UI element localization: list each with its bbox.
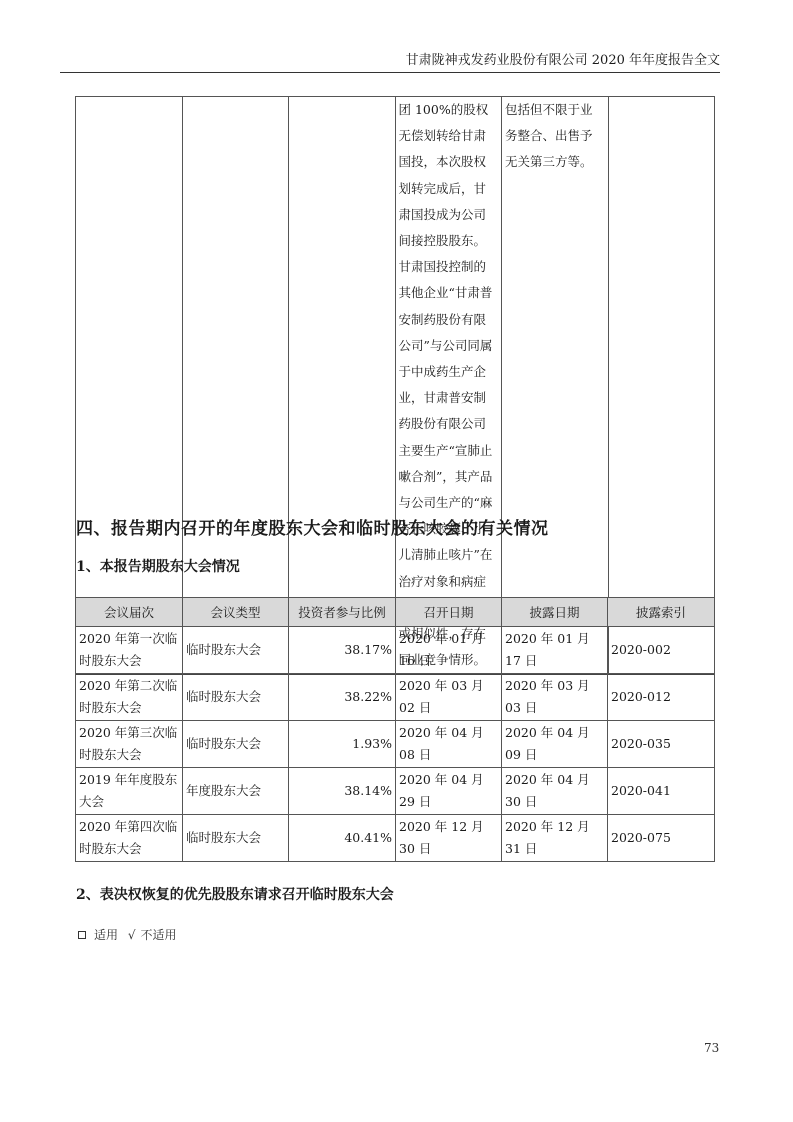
type-cell: 临时股东大会 (183, 674, 289, 721)
type-cell: 临时股东大会 (183, 815, 289, 862)
ratio-cell: 38.22% (289, 674, 396, 721)
session-cell: 2019 年年度股东大会 (76, 768, 183, 815)
type-cell: 临时股东大会 (183, 721, 289, 768)
table-cell-empty (289, 97, 396, 675)
column-header: 披露索引 (608, 598, 715, 627)
table-row: 2020 年第二次临时股东大会 临时股东大会 38.22% 2020 年 03 … (76, 674, 715, 721)
column-header: 召开日期 (396, 598, 502, 627)
type-cell: 年度股东大会 (183, 768, 289, 815)
disclosed-date-cell: 2020 年 12 月 31 日 (502, 815, 608, 862)
page-number: 73 (704, 1041, 719, 1055)
section-heading: 四、报告期内召开的年度股东大会和临时股东大会的有关情况 (76, 514, 549, 539)
table-row: 2020 年第一次临时股东大会 临时股东大会 38.17% 2020 年 01 … (76, 627, 715, 674)
table-row: 2020 年第三次临时股东大会 临时股东大会 1.93% 2020 年 04 月… (76, 721, 715, 768)
applicability-selector: 适用 √不适用 (78, 926, 177, 943)
table-cell-empty (76, 97, 183, 675)
held-date-cell: 2020 年 04 月 08 日 (396, 721, 502, 768)
disclosed-date-cell: 2020 年 04 月 09 日 (502, 721, 608, 768)
not-applicable-label: 不适用 (141, 928, 177, 942)
subsection-heading: 2、表决权恢复的优先股股东请求召开临时股东大会 (76, 884, 394, 904)
ratio-cell: 1.93% (289, 721, 396, 768)
column-header: 会议类型 (183, 598, 289, 627)
column-header: 投资者参与比例 (289, 598, 396, 627)
ratio-cell: 38.17% (289, 627, 396, 674)
held-date-cell: 2020 年 01 月 16 日 (396, 627, 502, 674)
index-cell: 2020-002 (608, 627, 715, 674)
table-cell-empty (608, 97, 715, 675)
report-title: 甘肃陇神戎发药业股份有限公司 2020 年年度报告全文 (406, 53, 720, 68)
index-cell: 2020-012 (608, 674, 715, 721)
held-date-cell: 2020 年 12 月 30 日 (396, 815, 502, 862)
table-cell-empty (182, 97, 289, 675)
index-cell: 2020-075 (608, 815, 715, 862)
resolution-measures-cell: 包括但不限于业务整合、出售予无关第三方等。 (502, 97, 609, 675)
held-date-cell: 2020 年 03 月 02 日 (396, 674, 502, 721)
subsection-heading: 1、本报告期股东大会情况 (76, 556, 240, 576)
session-cell: 2020 年第一次临时股东大会 (76, 627, 183, 674)
ratio-cell: 40.41% (289, 815, 396, 862)
check-mark-icon: √ (128, 928, 136, 942)
type-cell: 临时股东大会 (183, 627, 289, 674)
disclosed-date-cell: 2020 年 01 月 17 日 (502, 627, 608, 674)
index-cell: 2020-041 (608, 768, 715, 815)
held-date-cell: 2020 年 04 月 29 日 (396, 768, 502, 815)
disclosed-date-cell: 2020 年 03 月 03 日 (502, 674, 608, 721)
session-cell: 2020 年第四次临时股东大会 (76, 815, 183, 862)
session-cell: 2020 年第三次临时股东大会 (76, 721, 183, 768)
shareholder-meetings-table: 会议届次 会议类型 投资者参与比例 召开日期 披露日期 披露索引 2020 年第… (75, 597, 715, 862)
table-row: 团 100%的股权无偿划转给甘肃国投，本次股权划转完成后，甘肃国投成为公司间接控… (76, 97, 715, 675)
unchecked-box-icon (78, 931, 86, 939)
index-cell: 2020-035 (608, 721, 715, 768)
ratio-cell: 38.14% (289, 768, 396, 815)
disclosed-date-cell: 2020 年 04 月 30 日 (502, 768, 608, 815)
applicable-label: 适用 (94, 928, 118, 942)
table-row: 2019 年年度股东大会 年度股东大会 38.14% 2020 年 04 月 2… (76, 768, 715, 815)
column-header: 会议届次 (76, 598, 183, 627)
table-header-row: 会议届次 会议类型 投资者参与比例 召开日期 披露日期 披露索引 (76, 598, 715, 627)
competition-description-cell: 团 100%的股权无偿划转给甘肃国投，本次股权划转完成后，甘肃国投成为公司间接控… (395, 97, 502, 675)
page-header: 甘肃陇神戎发药业股份有限公司 2020 年年度报告全文 (60, 52, 720, 73)
table-row: 2020 年第四次临时股东大会 临时股东大会 40.41% 2020 年 12 … (76, 815, 715, 862)
session-cell: 2020 年第二次临时股东大会 (76, 674, 183, 721)
column-header: 披露日期 (502, 598, 608, 627)
continued-table: 团 100%的股权无偿划转给甘肃国投，本次股权划转完成后，甘肃国投成为公司间接控… (75, 96, 715, 675)
